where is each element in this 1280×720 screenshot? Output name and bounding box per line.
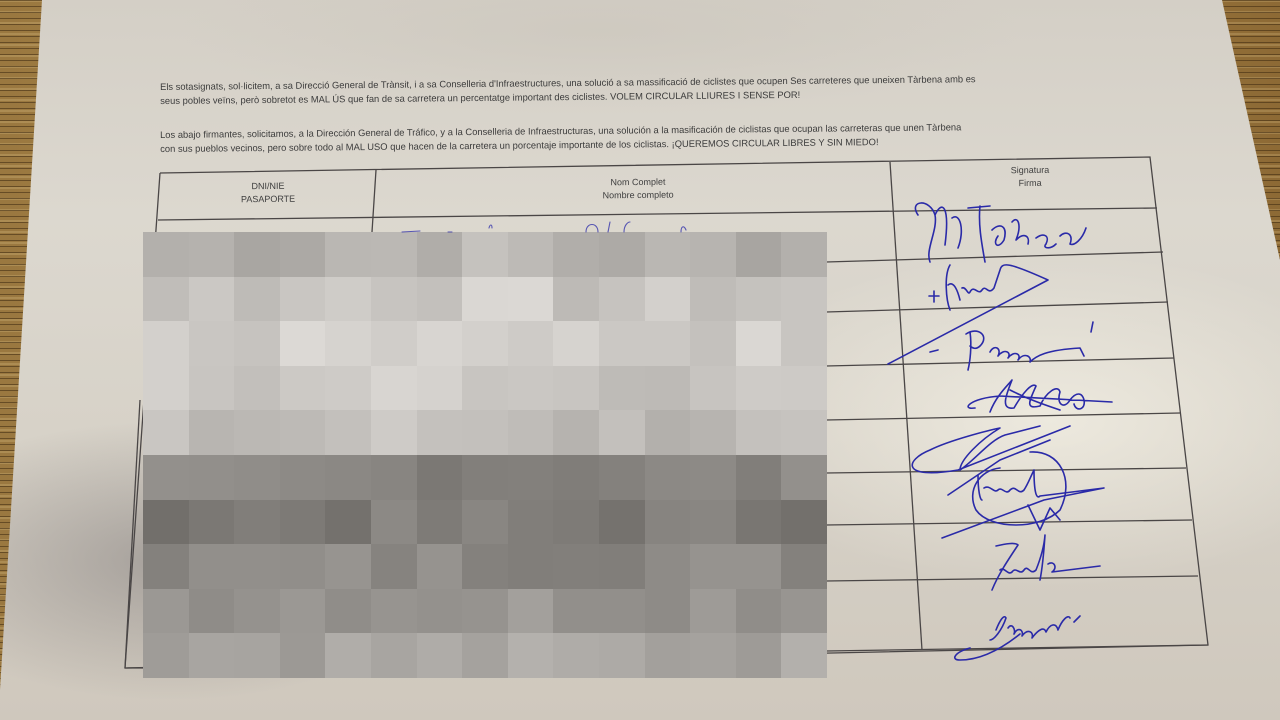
redacted-personal-data-mosaic: [143, 232, 827, 678]
header-line: Nombre completo: [568, 188, 708, 202]
mosaic-tile: [736, 455, 782, 500]
mosaic-tile: [234, 277, 280, 322]
mosaic-tile: [143, 277, 189, 322]
mosaic-tile: [371, 633, 417, 678]
mosaic-tile: [371, 500, 417, 545]
mosaic-tile: [462, 455, 508, 500]
mosaic-tile: [189, 455, 235, 500]
mosaic-tile: [325, 589, 371, 634]
mosaic-tile: [462, 366, 508, 411]
mosaic-tile: [599, 589, 645, 634]
mosaic-tile: [143, 544, 189, 589]
mosaic-tile: [690, 589, 736, 634]
mosaic-tile: [371, 410, 417, 455]
mosaic-tile: [645, 589, 691, 634]
mosaic-tile: [280, 232, 326, 277]
mosaic-tile: [234, 633, 280, 678]
mosaic-tile: [280, 589, 326, 634]
mosaic-tile: [371, 366, 417, 411]
mosaic-tile: [599, 633, 645, 678]
mosaic-tile: [508, 277, 554, 322]
mosaic-tile: [690, 232, 736, 277]
mosaic-tile: [325, 366, 371, 411]
mosaic-tile: [599, 232, 645, 277]
mosaic-tile: [645, 500, 691, 545]
mosaic-tile: [462, 410, 508, 455]
mosaic-tile: [599, 500, 645, 545]
mosaic-tile: [736, 589, 782, 634]
mosaic-tile: [234, 321, 280, 366]
mosaic-tile: [736, 277, 782, 322]
mosaic-tile: [690, 544, 736, 589]
mosaic-tile: [508, 500, 554, 545]
mosaic-tile: [690, 410, 736, 455]
mosaic-tile: [690, 633, 736, 678]
mosaic-tile: [690, 277, 736, 322]
mosaic-tile: [143, 589, 189, 634]
mosaic-tile: [781, 544, 827, 589]
mosaic-tile: [325, 410, 371, 455]
mosaic-tile: [234, 589, 280, 634]
mosaic-tile: [781, 589, 827, 634]
mosaic-tile: [462, 277, 508, 322]
mosaic-tile: [781, 366, 827, 411]
mosaic-tile: [645, 366, 691, 411]
mosaic-tile: [417, 366, 463, 411]
mosaic-tile: [736, 544, 782, 589]
mosaic-tile: [553, 455, 599, 500]
mosaic-tile: [417, 500, 463, 545]
mosaic-tile: [781, 455, 827, 500]
mosaic-tile: [417, 633, 463, 678]
mosaic-tile: [599, 455, 645, 500]
mosaic-tile: [781, 410, 827, 455]
mosaic-tile: [599, 277, 645, 322]
mosaic-tile: [553, 277, 599, 322]
mosaic-tile: [690, 321, 736, 366]
mosaic-tile: [508, 321, 554, 366]
mosaic-tile: [599, 366, 645, 411]
mosaic-tile: [645, 633, 691, 678]
mosaic-tile: [143, 410, 189, 455]
mosaic-tile: [371, 232, 417, 277]
mosaic-tile: [736, 500, 782, 545]
mosaic-tile: [645, 232, 691, 277]
mosaic-tile: [417, 232, 463, 277]
mosaic-tile: [280, 277, 326, 322]
header-line: Signatura: [980, 163, 1080, 177]
mosaic-tile: [143, 321, 189, 366]
mosaic-tile: [234, 410, 280, 455]
mosaic-tile: [553, 366, 599, 411]
mosaic-tile: [781, 500, 827, 545]
mosaic-tile: [736, 366, 782, 411]
mosaic-tile: [189, 500, 235, 545]
mosaic-tile: [690, 366, 736, 411]
mosaic-tile: [417, 277, 463, 322]
mosaic-tile: [508, 455, 554, 500]
mosaic-tile: [553, 589, 599, 634]
mosaic-tile: [462, 544, 508, 589]
mosaic-tile: [189, 277, 235, 322]
mosaic-tile: [781, 277, 827, 322]
mosaic-tile: [189, 589, 235, 634]
mosaic-tile: [599, 544, 645, 589]
header-line: Firma: [980, 176, 1080, 190]
mosaic-tile: [325, 544, 371, 589]
mosaic-tile: [553, 321, 599, 366]
mosaic-tile: [736, 410, 782, 455]
mosaic-tile: [371, 321, 417, 366]
mosaic-tile: [462, 589, 508, 634]
mosaic-tile: [736, 232, 782, 277]
mosaic-tile: [645, 277, 691, 322]
mosaic-tile: [508, 544, 554, 589]
mosaic-tile: [462, 321, 508, 366]
mosaic-tile: [325, 321, 371, 366]
mosaic-tile: [371, 544, 417, 589]
mosaic-tile: [417, 321, 463, 366]
mosaic-tile: [462, 232, 508, 277]
mosaic-tile: [280, 410, 326, 455]
mosaic-tile: [781, 321, 827, 366]
mosaic-tile: [189, 633, 235, 678]
mosaic-tile: [371, 589, 417, 634]
mosaic-tile: [508, 589, 554, 634]
mosaic-tile: [553, 544, 599, 589]
mosaic-tile: [280, 366, 326, 411]
mosaic-tile: [325, 455, 371, 500]
mosaic-tile: [417, 455, 463, 500]
mosaic-tile: [371, 277, 417, 322]
mosaic-tile: [462, 633, 508, 678]
mosaic-tile: [462, 500, 508, 545]
column-header-signature: Signatura Firma: [980, 163, 1080, 190]
mosaic-tile: [508, 410, 554, 455]
petition-document: Els sotasignats, sol·licitem, a sa Direc…: [0, 0, 1280, 720]
mosaic-tile: [325, 500, 371, 545]
mosaic-tile: [599, 321, 645, 366]
mosaic-tile: [508, 633, 554, 678]
mosaic-tile: [645, 321, 691, 366]
mosaic-tile: [234, 544, 280, 589]
mosaic-tile: [553, 500, 599, 545]
mosaic-tile: [143, 232, 189, 277]
mosaic-tile: [690, 455, 736, 500]
mosaic-tile: [553, 633, 599, 678]
mosaic-tile: [280, 633, 326, 678]
mosaic-tile: [417, 410, 463, 455]
mosaic-tile: [189, 321, 235, 366]
mosaic-tile: [325, 232, 371, 277]
mosaic-tile: [508, 232, 554, 277]
mosaic-tile: [325, 277, 371, 322]
mosaic-tile: [143, 455, 189, 500]
mosaic-tile: [645, 410, 691, 455]
mosaic-tile: [736, 321, 782, 366]
mosaic-tile: [553, 410, 599, 455]
mosaic-tile: [189, 544, 235, 589]
mosaic-tile: [781, 633, 827, 678]
mosaic-tile: [234, 500, 280, 545]
mosaic-tile: [645, 455, 691, 500]
mosaic-tile: [736, 633, 782, 678]
mosaic-tile: [371, 455, 417, 500]
column-header-name: Nom Complet Nombre completo: [568, 175, 708, 202]
mosaic-tile: [189, 410, 235, 455]
mosaic-tile: [645, 544, 691, 589]
mosaic-tile: [280, 455, 326, 500]
header-line: PASAPORTE: [218, 192, 318, 206]
mosaic-tile: [280, 544, 326, 589]
mosaic-tile: [417, 544, 463, 589]
mosaic-tile: [234, 455, 280, 500]
header-line: DNI/NIE: [218, 179, 318, 193]
mosaic-tile: [325, 633, 371, 678]
mosaic-tile: [234, 366, 280, 411]
mosaic-tile: [553, 232, 599, 277]
mosaic-tile: [599, 410, 645, 455]
mosaic-tile: [189, 232, 235, 277]
mosaic-tile: [143, 366, 189, 411]
mosaic-tile: [143, 633, 189, 678]
mosaic-tile: [234, 232, 280, 277]
mosaic-tile: [143, 500, 189, 545]
mosaic-tile: [280, 500, 326, 545]
mosaic-tile: [417, 589, 463, 634]
column-header-id: DNI/NIE PASAPORTE: [218, 179, 318, 206]
mosaic-tile: [508, 366, 554, 411]
mosaic-tile: [280, 321, 326, 366]
mosaic-tile: [690, 500, 736, 545]
mosaic-tile: [781, 232, 827, 277]
mosaic-tile: [189, 366, 235, 411]
